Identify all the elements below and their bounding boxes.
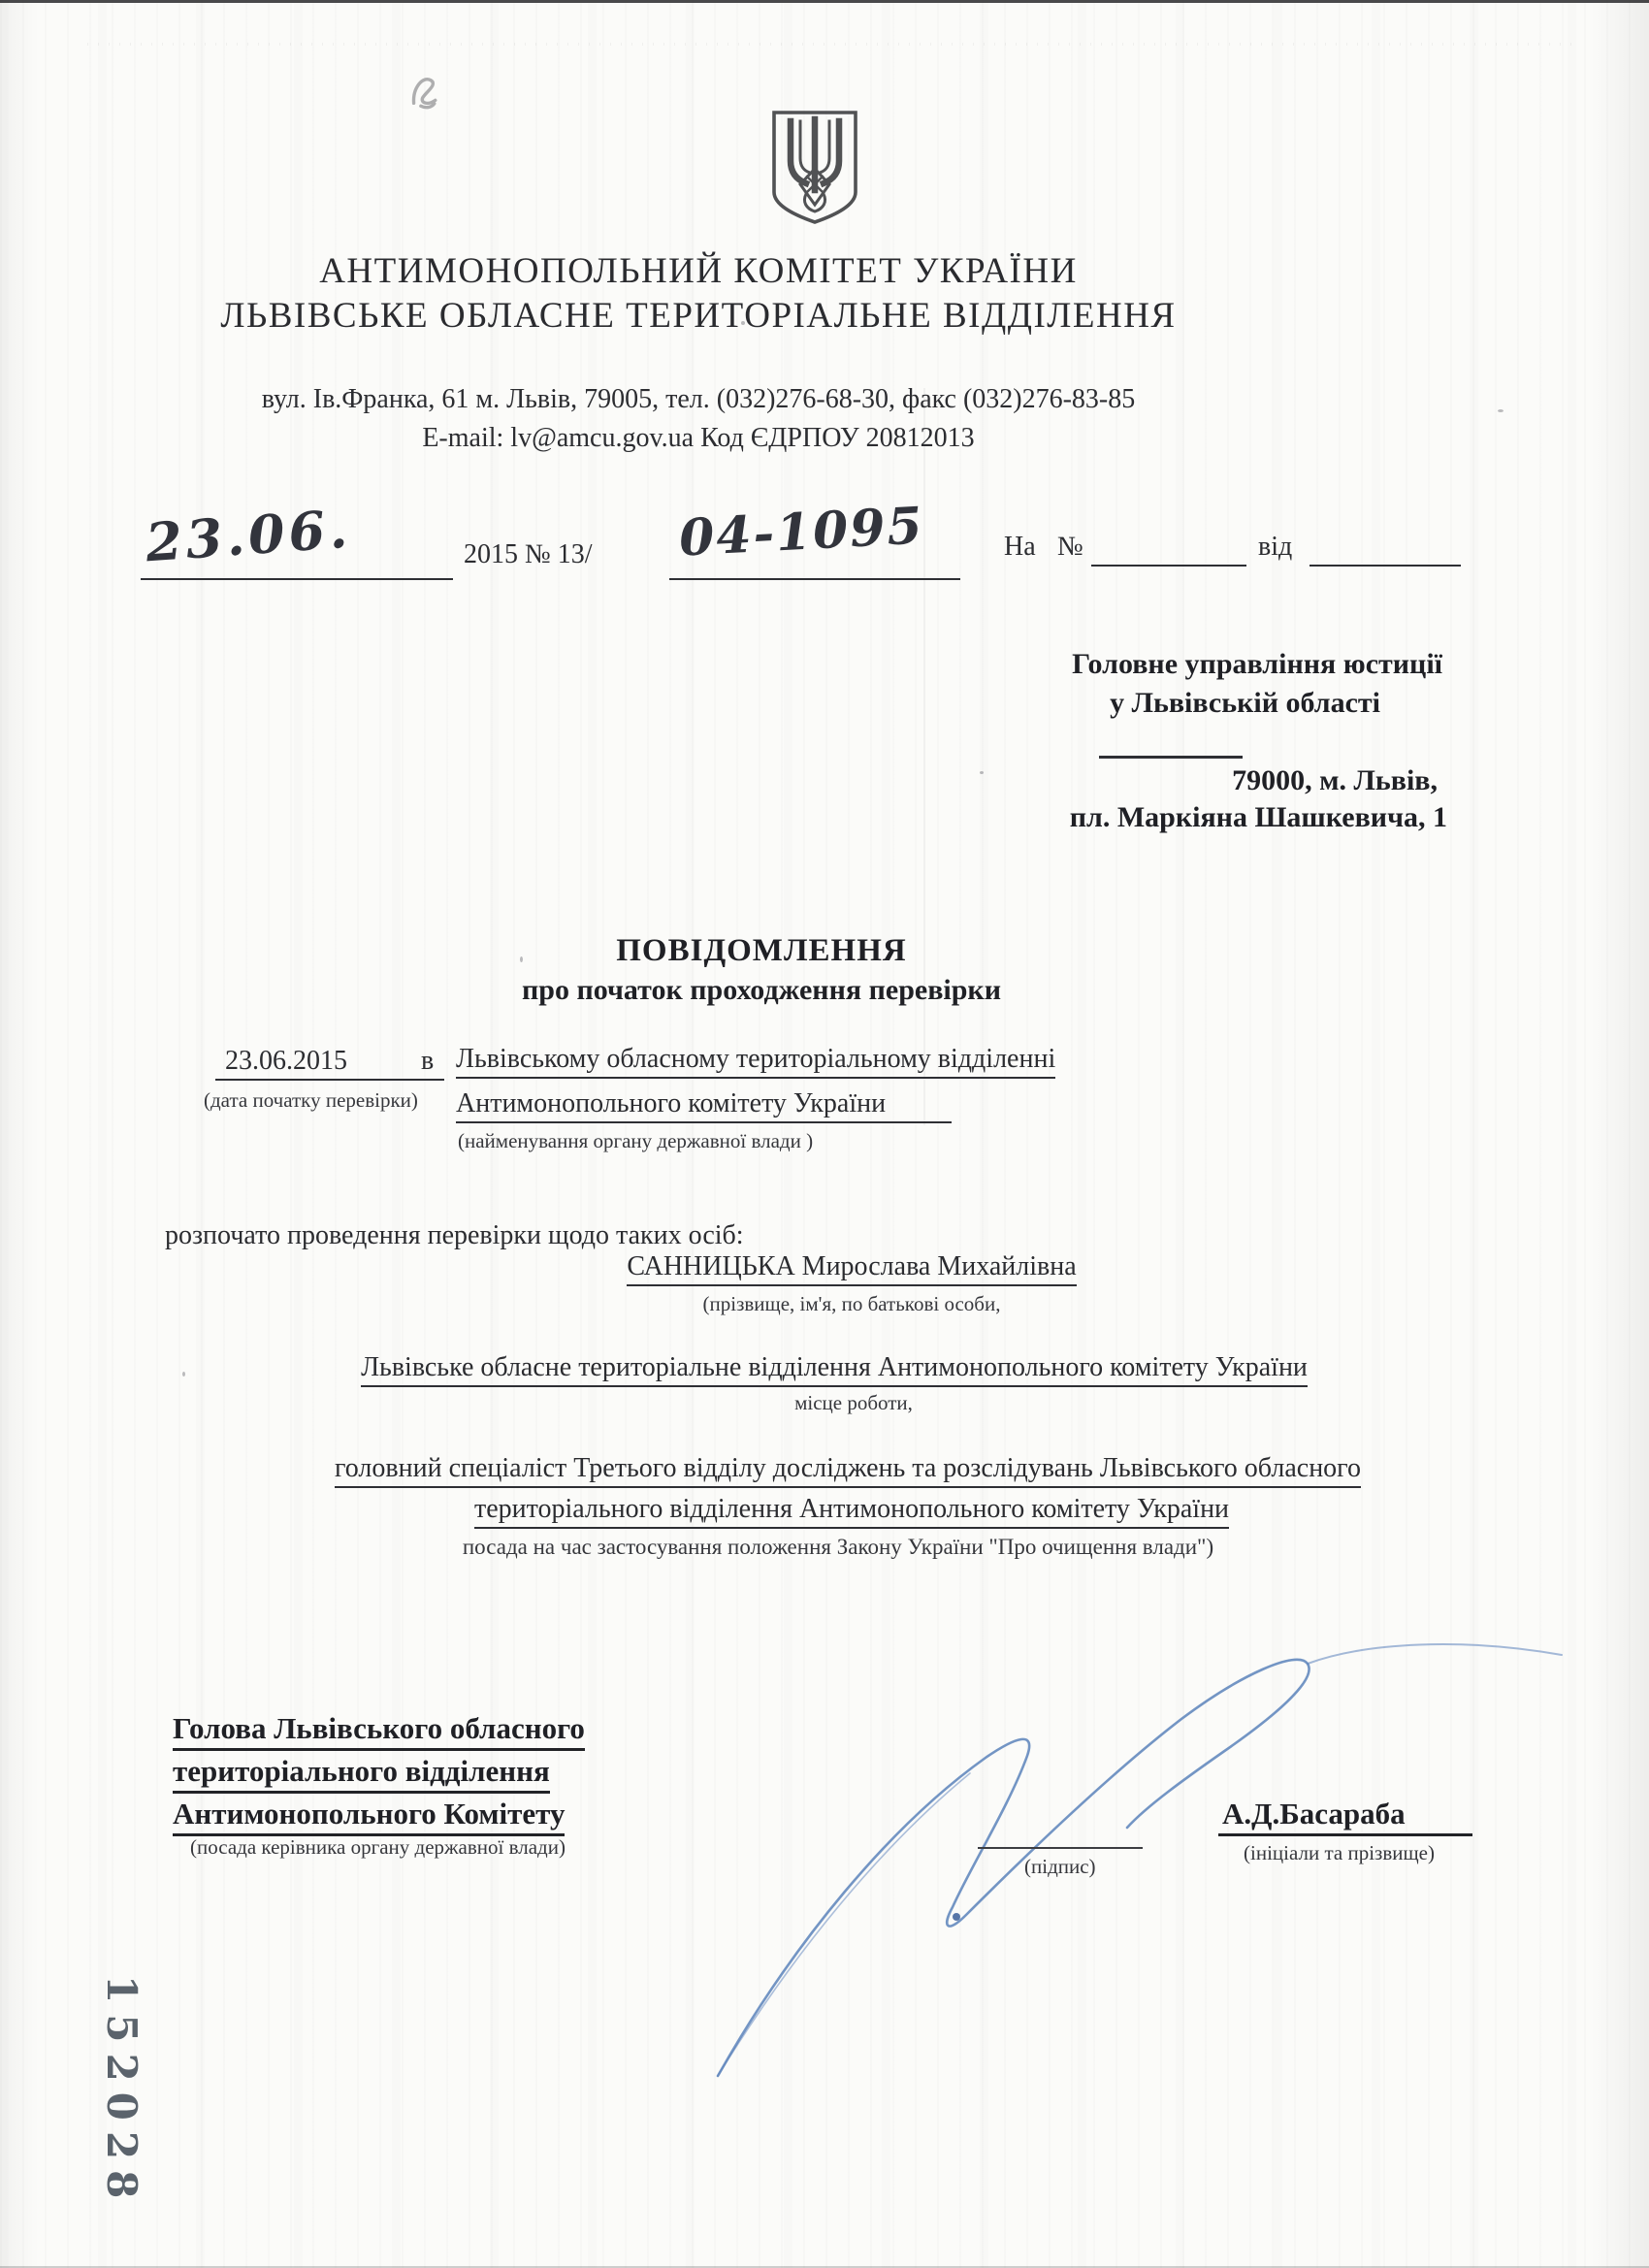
- person-name-text: САННИЦЬКА Мирослава Михайлівна: [627, 1251, 1076, 1286]
- person-caption: (прізвище, ім'я, по батькові особи,: [27, 1292, 1649, 1316]
- incoming-ref-number-blank: [1091, 565, 1246, 567]
- scan-fold-line: [923, 388, 925, 1125]
- position-line2: територіального відділення Антимонопольн…: [27, 1494, 1649, 1525]
- signer-position-line3: Антимонопольного Комітету: [173, 1797, 565, 1831]
- outgoing-date-handwritten: 23.06.: [144, 498, 353, 574]
- org-name-line2: ЛЬВІВСЬКЕ ОБЛАСНЕ ТЕРИТОРІАЛЬНЕ ВІДДІЛЕН…: [0, 295, 1397, 337]
- position-line1-text: головний спеціаліст Третього відділу дос…: [335, 1453, 1361, 1488]
- signer-position-line1-text: Голова Львівського обласного: [173, 1711, 585, 1751]
- signer-name-caption: (ініціали та прізвище): [1244, 1841, 1435, 1865]
- scan-noise-band: [87, 43, 1581, 46]
- signer-name: А.Д.Басараба: [1222, 1797, 1406, 1831]
- check-org-caption: (найменування органу державної влади ): [458, 1129, 813, 1153]
- check-org-line1-text: Львівському обласному територіальному ві…: [456, 1044, 1055, 1079]
- workplace-line: Львівське обласне територіальне відділен…: [19, 1352, 1649, 1383]
- org-address: вул. Ів.Франка, 61 м. Львів, 79005, тел.…: [0, 384, 1397, 415]
- position-line1: головний спеціаліст Третього відділу дос…: [23, 1453, 1649, 1484]
- check-org-line2-text: Антимонопольного комітету України: [456, 1088, 952, 1123]
- position-line2-text: територіального відділення Антимонопольн…: [474, 1494, 1229, 1529]
- check-intro: розпочато проведення перевірки щодо таки…: [165, 1220, 744, 1251]
- pencil-smudge: [403, 69, 450, 117]
- outgoing-number-prefix: 2015 № 13/: [464, 539, 593, 570]
- signature-ink-dot: [953, 1913, 960, 1921]
- recipient-line2: у Львівській області: [1110, 687, 1380, 720]
- incoming-ref-no-label: №: [1057, 532, 1083, 563]
- outgoing-date-underline: [141, 578, 453, 580]
- check-v-label: в: [421, 1046, 434, 1077]
- check-date-caption: (дата початку перевірки): [204, 1088, 418, 1113]
- scan-speck: [980, 771, 984, 774]
- signature-caption: (підпис): [1024, 1855, 1096, 1879]
- recipient-line4: пл. Маркіяна Шашкевича, 1: [1070, 801, 1447, 834]
- signer-position-line2-text: територіального відділення: [173, 1754, 550, 1794]
- org-email-edrpou: E-mail: lv@amcu.gov.ua Код ЄДРПОУ 208120…: [0, 423, 1397, 454]
- document-title: ПОВІДОМЛЕННЯ: [0, 933, 1523, 969]
- ukraine-coat-of-arms-icon: [768, 109, 861, 227]
- person-name-line: САННИЦЬКА Мирослава Михайлівна: [27, 1251, 1649, 1282]
- workplace-text: Львівське обласне територіальне відділен…: [361, 1352, 1308, 1387]
- outgoing-number-handwritten: 04-1095: [678, 496, 926, 567]
- check-org-line1: Львівському обласному територіальному ві…: [456, 1044, 1055, 1075]
- check-date-underline: [215, 1079, 442, 1081]
- workplace-caption: місце роботи,: [39, 1391, 1649, 1415]
- incoming-ref-na-label: На: [1004, 532, 1036, 563]
- outgoing-number-underline: [669, 578, 960, 580]
- signer-position-caption: (посада керівника органу державної влади…: [190, 1835, 566, 1860]
- recipient-line3: 79000, м. Львів,: [1232, 764, 1438, 797]
- check-start-date: 23.06.2015: [225, 1046, 347, 1077]
- registration-stamp-number: 152028: [98, 1975, 145, 2209]
- signer-name-underline: [1218, 1833, 1472, 1836]
- scanned-document-page: АНТИМОНОПОЛЬНИЙ КОМІТЕТ УКРАЇНИ ЛЬВІВСЬК…: [0, 0, 1649, 2268]
- incoming-ref-date-blank: [1309, 565, 1461, 567]
- signature-blank-line: [978, 1847, 1143, 1849]
- recipient-divider: [1099, 756, 1243, 759]
- signer-position-line3-text: Антимонопольного Комітету: [173, 1797, 565, 1836]
- scan-speck: [1498, 409, 1503, 412]
- signer-position-line2: територіального відділення: [173, 1754, 550, 1789]
- recipient-line1: Головне управління юстиції: [1072, 648, 1442, 681]
- position-caption: посада на час застосування положення Зак…: [27, 1535, 1649, 1560]
- org-name-line1: АНТИМОНОПОЛЬНИЙ КОМІТЕТ УКРАЇНИ: [0, 250, 1397, 292]
- incoming-ref-vid-label: від: [1258, 532, 1292, 563]
- scan-edge-top: [0, 0, 1649, 3]
- check-v-underline: [417, 1079, 444, 1081]
- check-org-line2: Антимонопольного комітету України: [456, 1088, 952, 1119]
- signer-position-line1: Голова Львівського обласного: [173, 1711, 585, 1746]
- document-subtitle: про початок проходження перевірки: [0, 974, 1523, 1007]
